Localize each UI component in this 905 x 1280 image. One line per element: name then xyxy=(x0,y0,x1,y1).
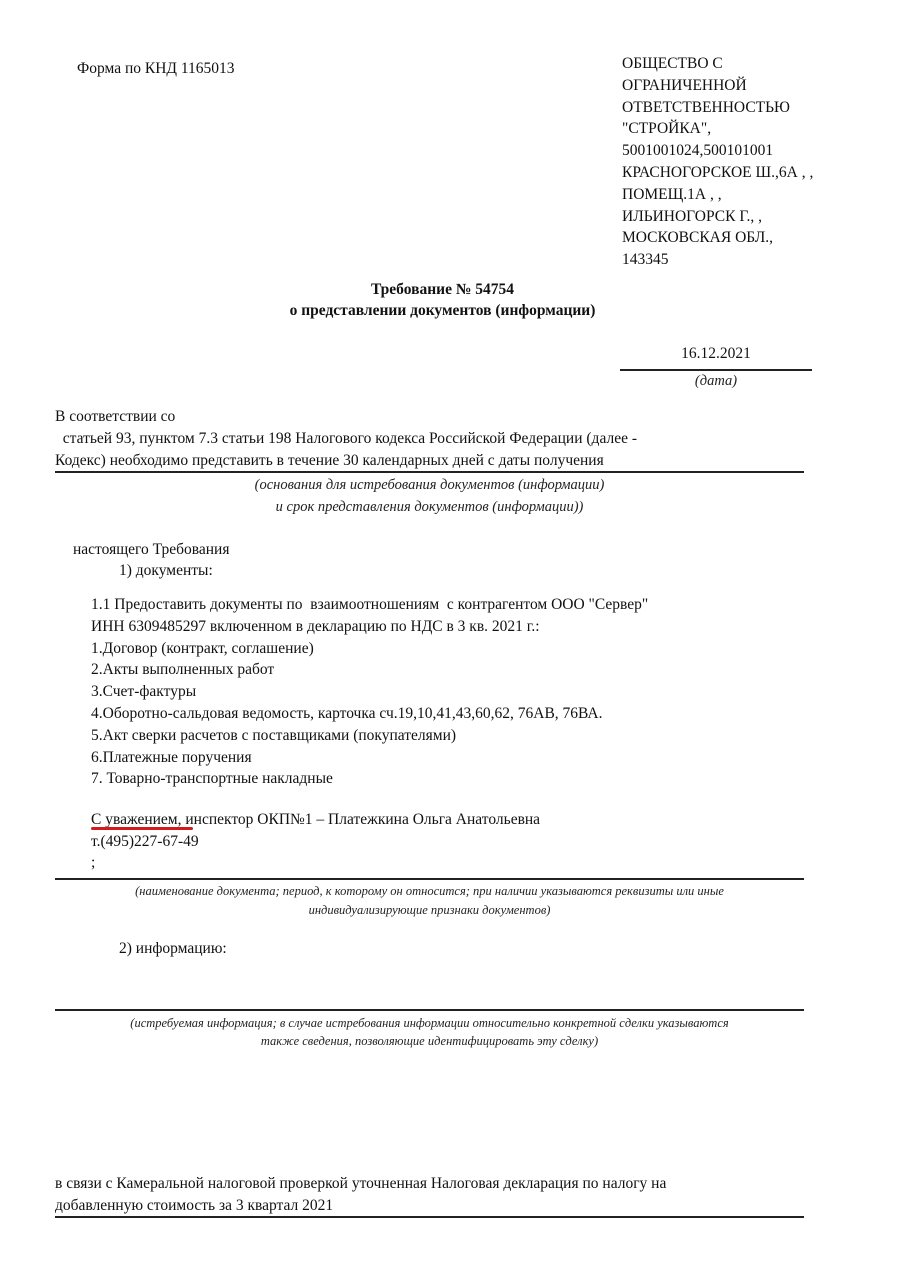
form-code: Форма по КНД 1165013 xyxy=(77,60,235,78)
list-item: 3.Счет-фактуры xyxy=(91,681,648,703)
information-caption: также сведения, позволяющие идентифициро… xyxy=(55,1034,804,1049)
document-subtitle: о представлении документов (информации) xyxy=(0,302,885,320)
information-caption: (истребуемая информация; в случае истреб… xyxy=(55,1016,804,1031)
date-rule xyxy=(620,369,812,371)
list-item: 6.Платежные поручения xyxy=(91,747,648,769)
documents-caption: индивидуализирующие признаки документов) xyxy=(55,903,804,918)
recipient-line: МОСКОВСКАЯ ОБЛ., xyxy=(622,227,813,249)
date-caption: (дата) xyxy=(620,373,812,390)
recipient-line: ИЛЬИНОГОРСК Г., , xyxy=(622,206,813,228)
date-value: 16.12.2021 xyxy=(620,345,812,363)
inspector-name: инспектор ОКП№1 – Платежкина Ольга Анато… xyxy=(182,811,541,828)
list-item: ИНН 6309485297 включенном в декларацию п… xyxy=(91,616,648,638)
recipient-line: ОТВЕТСТВЕННОСТЬЮ xyxy=(622,97,813,119)
phone: т.(495)227-67-49 xyxy=(91,833,199,851)
list-item: 5.Акт сверки расчетов с поставщиками (по… xyxy=(91,725,648,747)
documents-heading: 1) документы: xyxy=(119,562,213,580)
basis-caption: (основания для истребования документов (… xyxy=(55,477,804,494)
basis-line: статьей 93, пунктом 7.3 статьи 198 Налог… xyxy=(55,430,637,448)
list-item: 1.1 Предоставить документы по взаимоотно… xyxy=(91,594,648,616)
document-title: Требование № 54754 xyxy=(0,281,885,299)
semicolon: ; xyxy=(91,854,95,872)
recipient-line: 143345 xyxy=(622,249,813,271)
recipient-line: 5001001024,500101001 xyxy=(622,140,813,162)
basis-line: Кодекс) необходимо представить в течение… xyxy=(55,452,604,470)
documents-rule xyxy=(55,878,804,880)
reason-line: в связи с Камеральной налоговой проверко… xyxy=(55,1175,666,1193)
recipient-line: ОБЩЕСТВО С xyxy=(622,53,813,75)
recipient-line: ПОМЕЩ.1А , , xyxy=(622,184,813,206)
list-item: 2.Акты выполненных работ xyxy=(91,659,648,681)
continuation-text: настоящего Требования xyxy=(73,541,229,559)
list-item: 4.Оборотно-сальдовая ведомость, карточка… xyxy=(91,703,648,725)
information-heading: 2) информацию: xyxy=(119,940,227,958)
basis-line: В соответствии со xyxy=(55,408,175,426)
greeting: С уважением, xyxy=(91,811,182,828)
basis-rule xyxy=(55,471,804,473)
recipient-line: КРАСНОГОРСКОЕ Ш.,6А , , xyxy=(622,162,813,184)
spellcheck-underline xyxy=(91,827,193,830)
recipient-line: "СТРОЙКА", xyxy=(622,118,813,140)
list-item: 7. Товарно-транспортные накладные xyxy=(91,768,648,790)
information-rule xyxy=(55,1009,804,1011)
documents-caption: (наименование документа; период, к котор… xyxy=(55,884,804,899)
basis-caption: и срок представления документов (информа… xyxy=(55,499,804,516)
documents-list: 1.1 Предоставить документы по взаимоотно… xyxy=(91,594,648,790)
recipient-line: ОГРАНИЧЕННОЙ xyxy=(622,75,813,97)
reason-rule xyxy=(55,1216,804,1218)
list-item: 1.Договор (контракт, соглашение) xyxy=(91,638,648,660)
recipient-address: ОБЩЕСТВО С ОГРАНИЧЕННОЙ ОТВЕТСТВЕННОСТЬЮ… xyxy=(622,53,813,271)
reason-line: добавленную стоимость за 3 квартал 2021 xyxy=(55,1197,333,1215)
